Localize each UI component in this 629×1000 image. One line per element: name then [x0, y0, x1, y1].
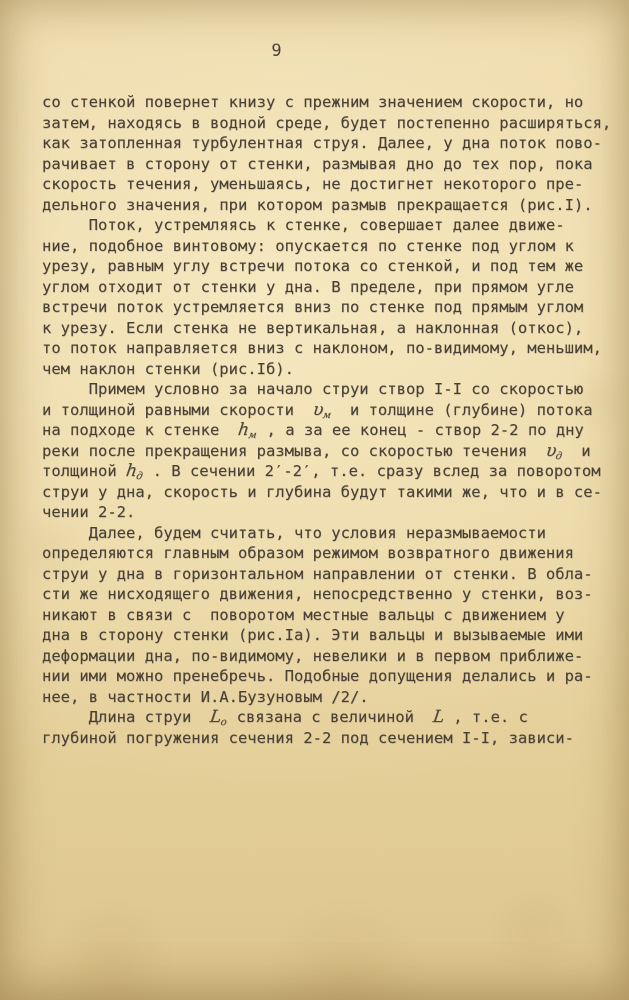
- text-line: и толщиной равными скорости υм и толщине…: [42, 400, 607, 421]
- text-line: нии ими можно пренебречь. Подобные допущ…: [42, 666, 607, 687]
- handwritten-symbol: L: [431, 709, 445, 726]
- text-line: нее, в частности И.А.Бузуновым /2/.: [42, 687, 607, 708]
- text-line: струи у дна в горизонтальном направлении…: [42, 564, 607, 585]
- handwritten-symbol: hд: [125, 463, 145, 480]
- text-line: ние, подобное винтовому: опускается по с…: [42, 236, 607, 257]
- text-line: на подходе к стенке hм , а за ее конец -…: [42, 420, 607, 441]
- text-line: затем, находясь в водной среде, будет по…: [42, 113, 607, 134]
- text-line: струи у дна, скорость и глубина будут та…: [42, 482, 607, 503]
- text-line: глубиной погружения сечения 2-2 под сече…: [42, 728, 607, 749]
- text-line: толщиной hд . В сечении 2′-2′, т.е. сраз…: [42, 461, 607, 482]
- handwritten-symbol: hм: [237, 422, 259, 439]
- text-line: реки после прекращения размыва, со скоро…: [42, 441, 607, 462]
- handwritten-symbol: υм: [311, 402, 332, 419]
- text-line: Далее, будем считать, что условия неразм…: [42, 523, 607, 544]
- scanned-document-page: 9 со стенкой повернет книзу с прежним зн…: [0, 0, 629, 1000]
- text-line: урезу, равным углу встречи потока со сте…: [42, 256, 607, 277]
- text-line: определяются главным образом режимом воз…: [42, 543, 607, 564]
- page-text: со стенкой повернет книзу с прежним знач…: [42, 92, 607, 748]
- handwritten-symbol: Lо: [209, 709, 229, 726]
- text-line: скорость течения, уменьшаясь, не достигн…: [42, 174, 607, 195]
- text-line: чении 2-2.: [42, 502, 607, 523]
- text-line: углом отходит от стенки у дна. В пределе…: [42, 277, 607, 298]
- text-line: чем наклон стенки (рис.Iб).: [42, 359, 607, 380]
- text-line: к урезу. Если стенка не вертикальная, а …: [42, 318, 607, 339]
- text-line: то поток направляется вниз с наклоном, п…: [42, 338, 607, 359]
- text-line: Поток, устремляясь к стенке, совершает д…: [42, 215, 607, 236]
- text-line: рачивает в сторону от стенки, размывая д…: [42, 154, 607, 175]
- page-number: 9: [262, 41, 292, 61]
- text-line: деформации дна, по-видимому, невелики и …: [42, 646, 607, 667]
- text-line: Примем условно за начало струи створ I-I…: [42, 379, 607, 400]
- text-line: как затопленная турбулентная струя. Дале…: [42, 133, 607, 154]
- text-line: дна в сторону стенки (рис.Iа). Эти вальц…: [42, 625, 607, 646]
- text-line: никают в связи с поворотом местные вальц…: [42, 605, 607, 626]
- text-line: встречи поток устремляется вниз по стенк…: [42, 297, 607, 318]
- handwritten-symbol: υд: [545, 443, 564, 460]
- text-line: дельного значения, при котором размыв пр…: [42, 195, 607, 216]
- text-line: со стенкой повернет книзу с прежним знач…: [42, 92, 607, 113]
- text-line: сти же нисходящего движения, непосредств…: [42, 584, 607, 605]
- text-line: Длина струи Lо связана с величиной L , т…: [42, 707, 607, 728]
